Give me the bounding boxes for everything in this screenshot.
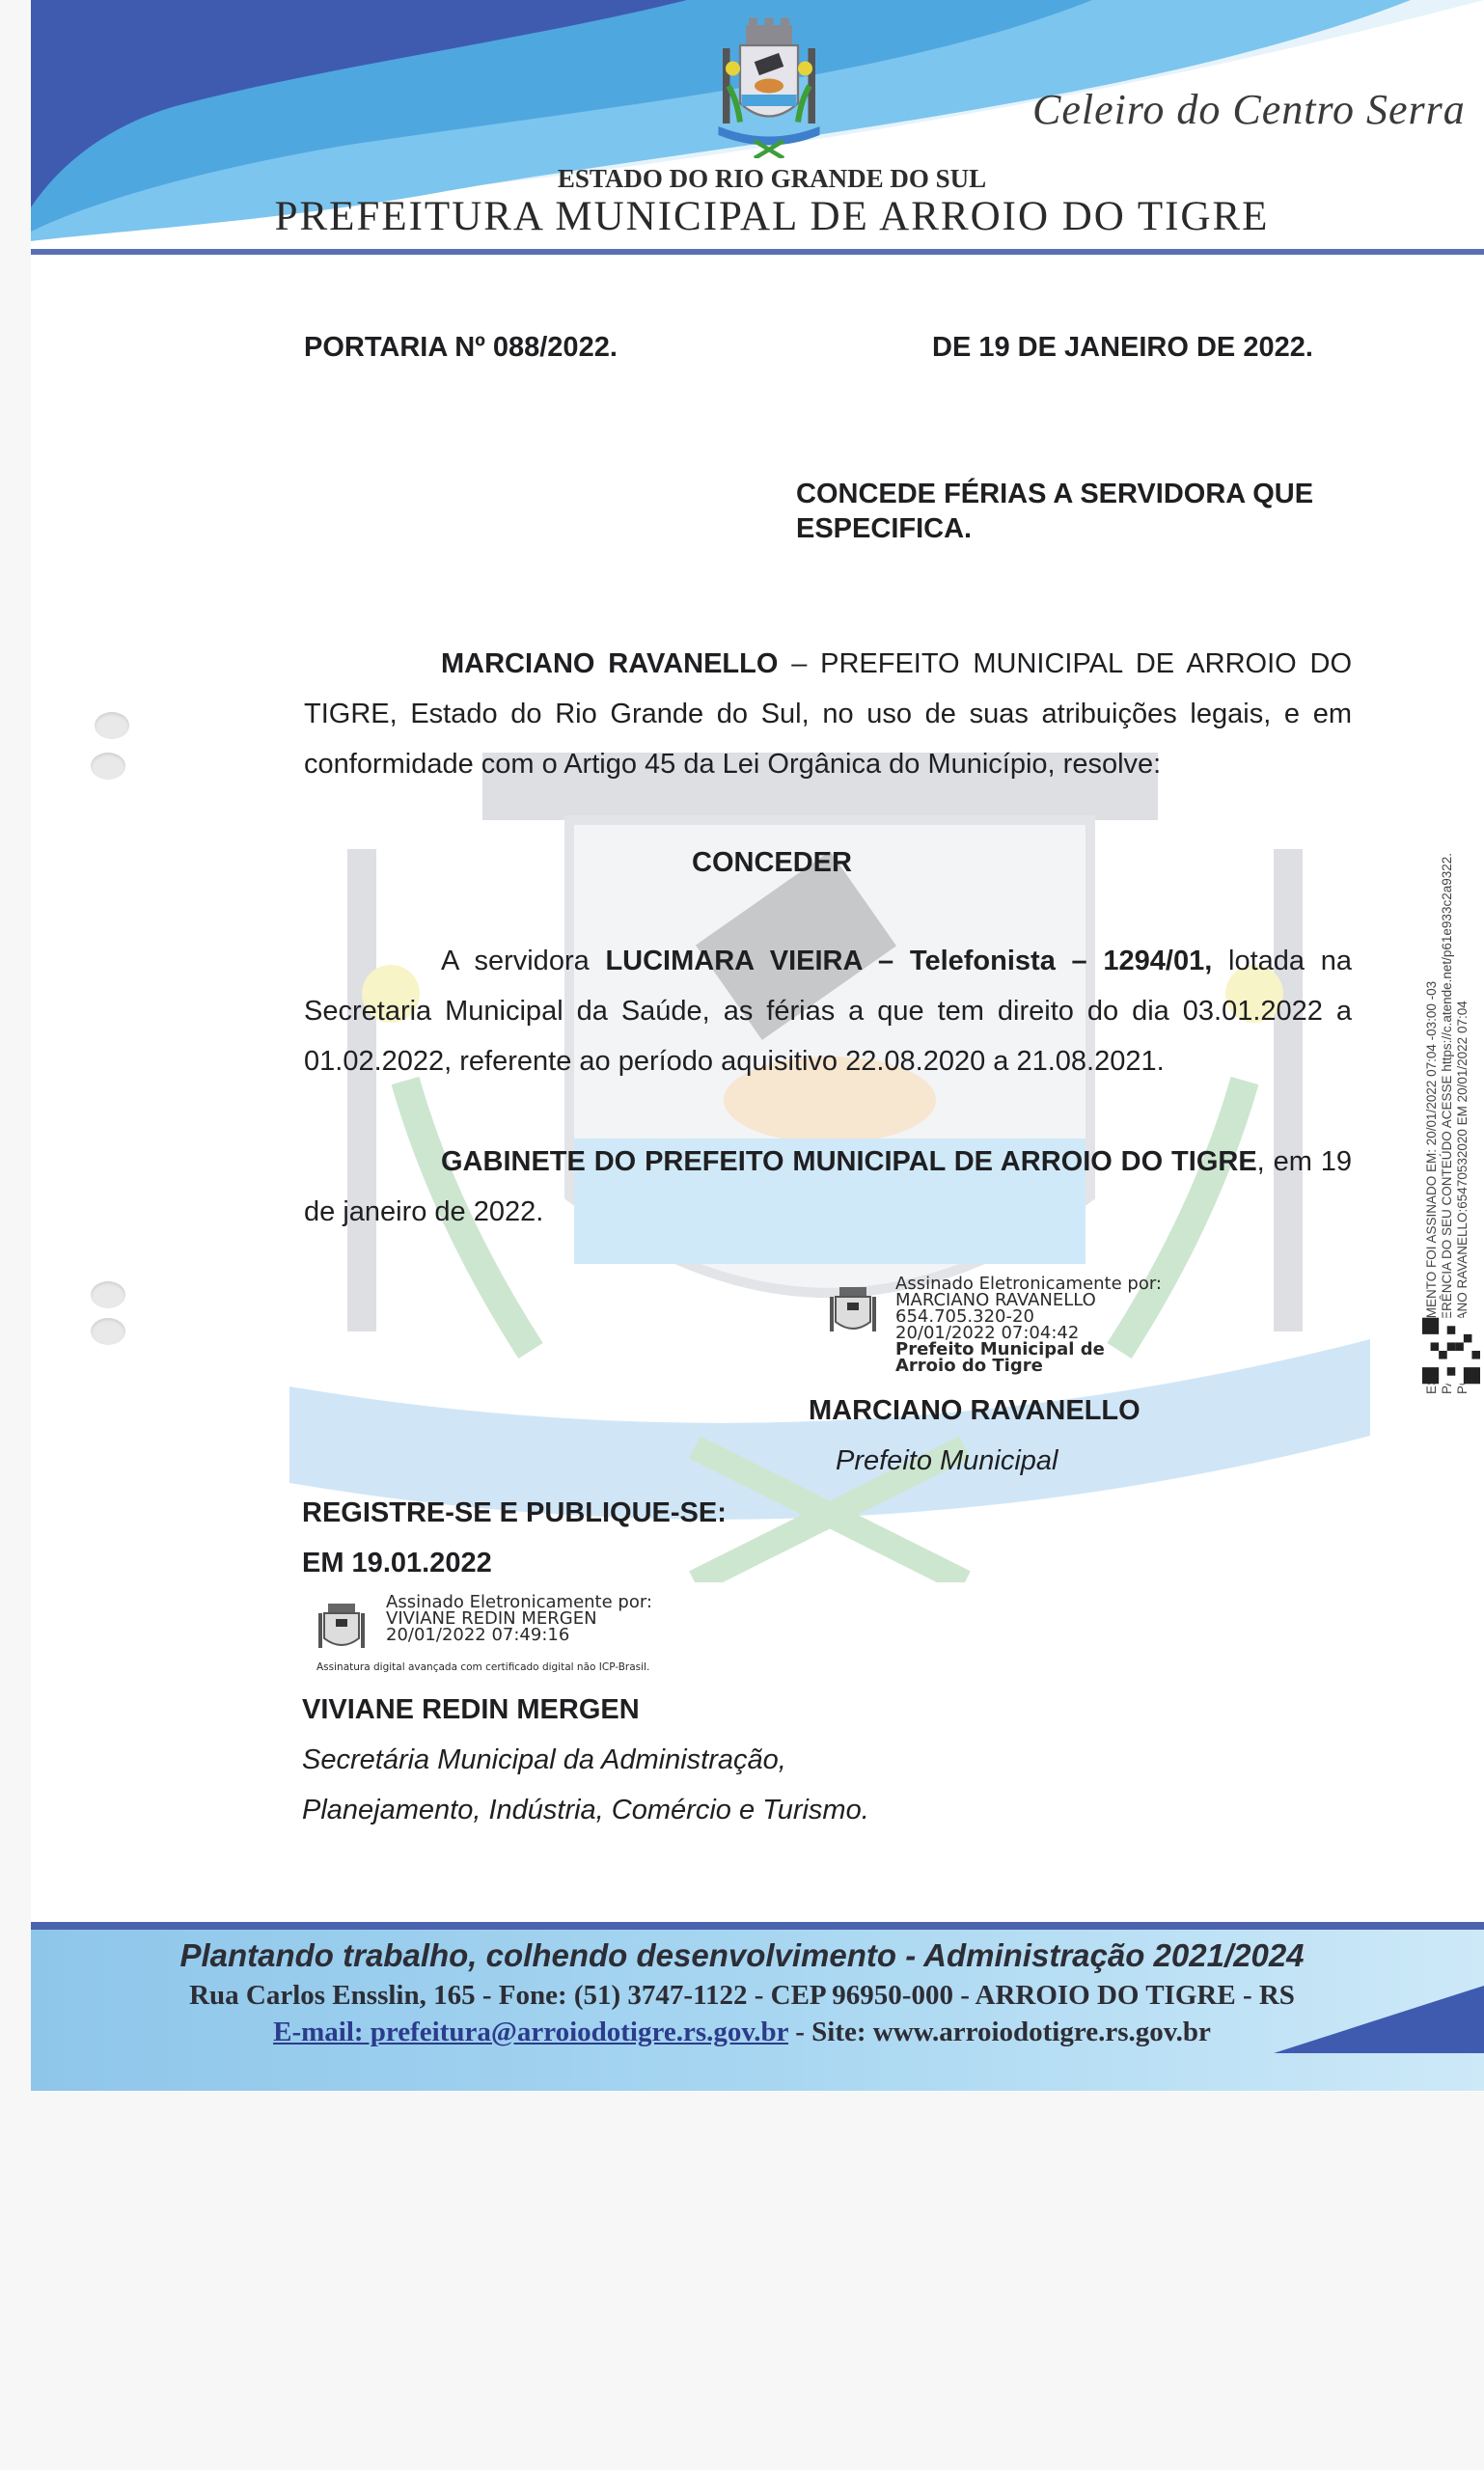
portaria-summary: CONCEDE FÉRIAS A SERVIDORA QUE ESPECIFIC… — [796, 477, 1356, 546]
signature-seal-icon — [316, 1600, 367, 1658]
verification-line: POR MARCIANO RAVANELLO:65470532020 EM 20… — [1455, 853, 1470, 1394]
mayor-title: Prefeito Municipal — [836, 1436, 1058, 1486]
punch-hole — [91, 1318, 125, 1345]
footer-address: Rua Carlos Ensslin, 165 - Fone: (51) 374… — [0, 1980, 1484, 2012]
verification-text: ESTE DOCUMENTO FOI ASSINADO EM: 20/01/20… — [1424, 853, 1470, 1394]
mayor-name-inline: MARCIANO RAVANELLO — [441, 648, 778, 679]
municipal-crest-icon — [697, 14, 841, 158]
preamble-paragraph: MARCIANO RAVANELLO – PREFEITO MUNICIPAL … — [304, 639, 1352, 789]
secretary-title-line-2: Planejamento, Indústria, Comércio e Turi… — [302, 1785, 869, 1835]
punch-hole — [91, 1281, 125, 1308]
verification-line: ESTE DOCUMENTO FOI ASSINADO EM: 20/01/20… — [1424, 853, 1440, 1394]
action-heading: CONCEDER — [0, 837, 1484, 888]
signature-seal-icon — [828, 1283, 878, 1341]
stamp-role: Arroio do Tigre — [895, 1358, 1204, 1374]
closing-paragraph: GABINETE DO PREFEITO MUNICIPAL DE ARROIO… — [304, 1137, 1352, 1237]
footer-email-link[interactable]: E-mail: prefeitura@arroiodotigre.rs.gov.… — [273, 2017, 788, 2047]
footer-site: - Site: www.arroiodotigre.rs.gov.br — [788, 2017, 1211, 2047]
state-name: ESTADO DO RIO GRANDE DO SUL — [0, 164, 1484, 194]
stamp-line: 20/01/2022 07:49:16 — [386, 1627, 714, 1643]
header-slogan: Celeiro do Centro Serra — [1032, 85, 1466, 134]
footer-contact: E-mail: prefeitura@arroiodotigre.rs.gov.… — [0, 2017, 1484, 2048]
registration-label: REGISTRE-SE E PUBLIQUE-SE: — [302, 1488, 727, 1538]
header-divider — [31, 249, 1484, 255]
secretary-title-line-1: Secretária Municipal da Administração, — [302, 1735, 786, 1785]
punch-hole — [91, 753, 125, 780]
footer-divider — [31, 1922, 1484, 1930]
employee-details: LUCIMARA VIEIRA – Telefonista – 1294/01, — [605, 946, 1212, 976]
institution-name: PREFEITURA MUNICIPAL DE ARROIO DO TIGRE — [0, 193, 1484, 240]
portaria-number: PORTARIA Nº 088/2022. — [304, 322, 618, 372]
mayor-name: MARCIANO RAVANELLO — [809, 1386, 1140, 1436]
grant-prefix: A servidora — [441, 946, 605, 976]
grant-paragraph: A servidora LUCIMARA VIEIRA – Telefonist… — [304, 936, 1352, 1086]
portaria-date: DE 19 DE JANEIRO DE 2022. — [932, 322, 1313, 372]
punch-hole — [95, 712, 129, 739]
qr-code-icon[interactable] — [1422, 1317, 1480, 1385]
footer-slogan: Plantando trabalho, colhendo desenvolvim… — [0, 1937, 1484, 1974]
stamp-note: Assinatura digital avançada com certific… — [316, 1661, 722, 1673]
verification-line[interactable]: PARA CONFERÊNCIA DO SEU CONTEÚDO ACESSE … — [1440, 853, 1455, 1394]
registration-date: EM 19.01.2022 — [302, 1538, 492, 1588]
secretary-name: VIVIANE REDIN MERGEN — [302, 1685, 640, 1735]
office-name: GABINETE DO PREFEITO MUNICIPAL DE ARROIO… — [441, 1146, 1257, 1177]
